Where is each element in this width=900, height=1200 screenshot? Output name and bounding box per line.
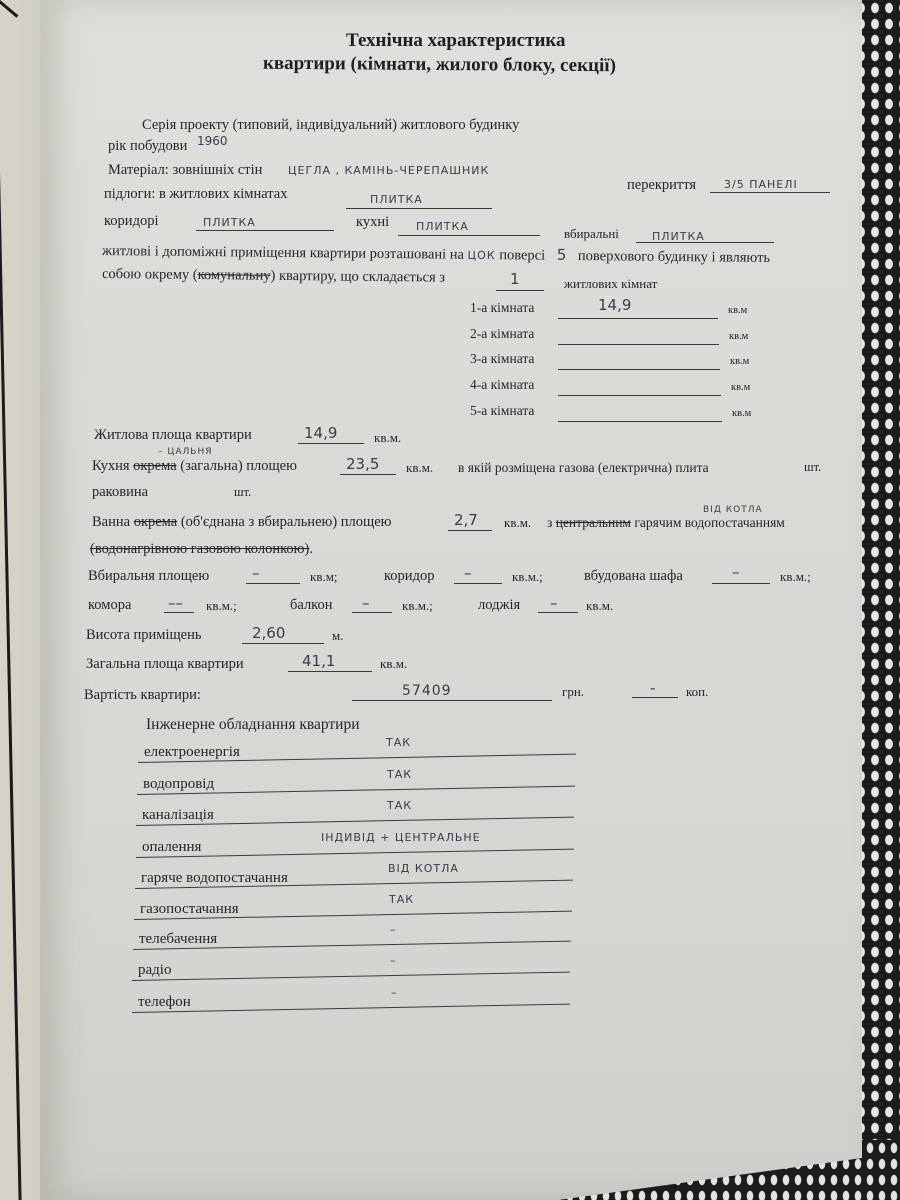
kitchen-value: ПЛИТКА	[416, 220, 469, 233]
living-area-underline	[298, 443, 364, 444]
hotwater-annotation: ВІД КОТЛА	[703, 505, 763, 515]
floor-value: ЦОК	[468, 249, 496, 262]
equipment-label: телефон	[138, 994, 191, 1011]
struck-word-bath-separate: окрема	[134, 514, 178, 530]
storage-label: комора	[88, 597, 131, 614]
cost-kop-underline	[632, 697, 678, 698]
floors-underline	[346, 208, 492, 209]
cost-kop-unit: коп.	[686, 684, 708, 700]
kitchen-area-value: 23,5	[346, 455, 379, 473]
toilet-area-value: –	[252, 564, 260, 582]
living-area-label: Житлова площа квартири	[94, 427, 252, 444]
year-label: рік побудови	[108, 138, 187, 155]
heater-text: (водонагрівною газовою колонкою).	[90, 541, 313, 558]
equipment-value: ІНДИВІД + ЦЕНТРАЛЬНЕ	[321, 831, 481, 844]
room-underline	[558, 318, 718, 319]
equipment-value: –	[391, 986, 398, 999]
year-value: 1960	[197, 134, 228, 148]
document-title-line2: квартири (кімнати, жилого блоку, секції)	[263, 53, 616, 77]
corridor-underline	[196, 230, 334, 231]
equipment-label: гаряче водопостачання	[141, 870, 288, 887]
corridor-area-label: коридор	[384, 568, 434, 585]
corridor-area-underline	[454, 583, 502, 584]
equipment-value: ТАК	[387, 799, 412, 812]
separate-apartment-text: собою окрему (комунальну) квартиру, що с…	[102, 266, 445, 287]
document-title-line1: Технічна характеристика	[346, 30, 566, 52]
total-area-label: Загальна площа квартири	[86, 656, 244, 673]
room-unit: кв.м	[730, 356, 749, 367]
closet-unit: кв.м.;	[780, 569, 811, 585]
struck-word-communal: комунальну	[198, 267, 271, 284]
rooms-count-label: житлових кімнат	[564, 276, 657, 292]
folder-edge-line	[0, 0, 22, 1200]
kitchen-area-label: Кухня окрема (загальна) площею	[92, 458, 297, 475]
struck-word-separate: окрема	[133, 458, 177, 474]
walls-value: ЦЕГЛА , КАМІНЬ-ЧЕРЕПАШНИК	[288, 164, 489, 177]
equipment-value: ТАК	[389, 893, 414, 906]
hotwater-text: з центральним гарячим водопостачанням	[547, 515, 785, 531]
stove-label: в якій розміщена газова (електрична) пли…	[458, 460, 709, 476]
height-unit: м.	[332, 628, 343, 644]
rooms-count-value: 1	[510, 270, 520, 288]
floors-value: ПЛИТКА	[370, 193, 423, 206]
ceiling-value: 3/5 ПАНЕЛІ	[724, 178, 798, 191]
cost-underline	[352, 700, 552, 701]
corridor-area-unit: кв.м.;	[512, 569, 543, 585]
room-unit: кв.м	[731, 382, 750, 393]
equipment-label: опалення	[142, 839, 201, 856]
storage-unit: кв.м.;	[206, 598, 237, 614]
walls-label: Матеріал: зовнішніх стін	[108, 162, 262, 179]
equipment-value: ВІД КОТЛА	[388, 862, 459, 875]
series-label: Серія проекту (типовий, індивідуальний) …	[142, 117, 519, 134]
ceiling-label: перекриття	[627, 177, 696, 194]
height-value: 2,60	[252, 624, 285, 642]
closet-value: –	[732, 563, 740, 581]
height-underline	[242, 643, 324, 644]
storage-value: ––	[168, 594, 183, 612]
equipment-label: електроенергія	[144, 744, 240, 761]
equipment-label: каналізація	[142, 807, 214, 824]
equipment-label: радіо	[138, 962, 171, 979]
toilet-area-unit: кв.м;	[310, 569, 338, 585]
closet-underline	[712, 583, 770, 584]
cost-kop-value: -	[650, 679, 655, 697]
bath-value: 2,7	[454, 511, 478, 529]
sink-unit: шт.	[234, 485, 251, 500]
kitchen-area-annotation: – ЦАЛЬНЯ	[158, 447, 212, 457]
stove-unit: шт.	[804, 460, 821, 475]
storeys-value: 5	[549, 246, 575, 264]
bath-label: Ванна окрема (об'єднана з вбиральнею) пл…	[92, 514, 391, 531]
equipment-label: водопровід	[143, 776, 214, 793]
loggia-underline	[538, 612, 578, 613]
bathroom-label: вбиральні	[564, 226, 619, 242]
loggia-unit: кв.м.	[586, 598, 613, 614]
corridor-label: коридорі	[104, 213, 158, 230]
total-area-underline	[288, 671, 372, 672]
kitchen-area-underline	[340, 474, 396, 475]
room-unit: кв.м	[728, 305, 747, 316]
cost-currency: грн.	[562, 684, 584, 700]
cost-value: 57409	[402, 683, 452, 699]
balcony-value: –	[362, 594, 370, 612]
kitchen-label: кухні	[356, 214, 389, 231]
struck-word-central: центральним	[556, 515, 631, 530]
balcony-unit: кв.м.;	[402, 598, 433, 614]
equipment-title: Інженерне обладнання квартири	[146, 716, 360, 734]
room-value: 14,9	[598, 296, 631, 314]
total-area-value: 41,1	[302, 652, 335, 670]
bath-unit: кв.м.	[504, 515, 531, 531]
height-label: Висота приміщень	[86, 627, 201, 644]
equipment-value: ТАК	[386, 736, 411, 749]
equipment-label: газопостачання	[140, 901, 239, 918]
toilet-area-underline	[246, 583, 300, 584]
floors-label: підлоги: в житлових кімнатах	[104, 186, 287, 203]
room-unit: кв.м	[729, 331, 748, 342]
closet-label: вбудована шафа	[584, 568, 683, 585]
storage-underline	[164, 612, 194, 613]
bathroom-underline	[636, 242, 774, 243]
toilet-area-label: Вбиральня площею	[88, 568, 209, 585]
folder-corner-line	[0, 0, 18, 18]
kitchen-underline	[398, 235, 540, 236]
document-sheet: Технічна характеристика квартири (кімнат…	[40, 0, 862, 1200]
living-area-unit: кв.м.	[374, 430, 401, 446]
kitchen-area-unit: кв.м.	[406, 460, 433, 476]
room-underline	[558, 421, 722, 422]
room-label: 4-а кімната	[470, 377, 534, 393]
equipment-underline	[132, 1004, 570, 1014]
cost-label: Вартість квартири:	[84, 687, 201, 704]
location-text: житлові і допоміжні приміщення квартири …	[102, 241, 770, 267]
equipment-label: телебачення	[139, 931, 217, 948]
room-label: 5-а кімната	[470, 403, 534, 419]
rooms-count-underline	[496, 290, 544, 291]
equipment-value: ТАК	[387, 768, 412, 781]
equipment-value: –	[390, 954, 397, 967]
equipment-underline	[136, 849, 574, 859]
sink-label: раковина	[92, 484, 148, 501]
corridor-value: ПЛИТКА	[203, 216, 256, 229]
equipment-underline	[132, 972, 570, 982]
loggia-label: лоджія	[478, 597, 520, 614]
loggia-value: –	[550, 594, 558, 612]
living-area-value: 14,9	[304, 424, 337, 442]
room-unit: кв.м	[732, 408, 751, 419]
room-label: 2-а кімната	[470, 326, 534, 342]
room-underline	[558, 395, 721, 396]
room-underline	[558, 344, 719, 345]
total-area-unit: кв.м.	[380, 656, 407, 672]
room-underline	[558, 369, 720, 370]
struck-gas-heater: (водонагрівною газовою колонкою)	[90, 541, 309, 557]
room-label: 3-а кімната	[470, 351, 534, 367]
room-label: 1-а кімната	[470, 300, 534, 316]
balcony-underline	[352, 612, 392, 613]
corridor-area-value: –	[464, 564, 472, 582]
ceiling-underline	[710, 192, 830, 193]
balcony-label: балкон	[290, 597, 333, 614]
equipment-value: –	[390, 923, 397, 936]
bath-underline	[448, 530, 492, 531]
